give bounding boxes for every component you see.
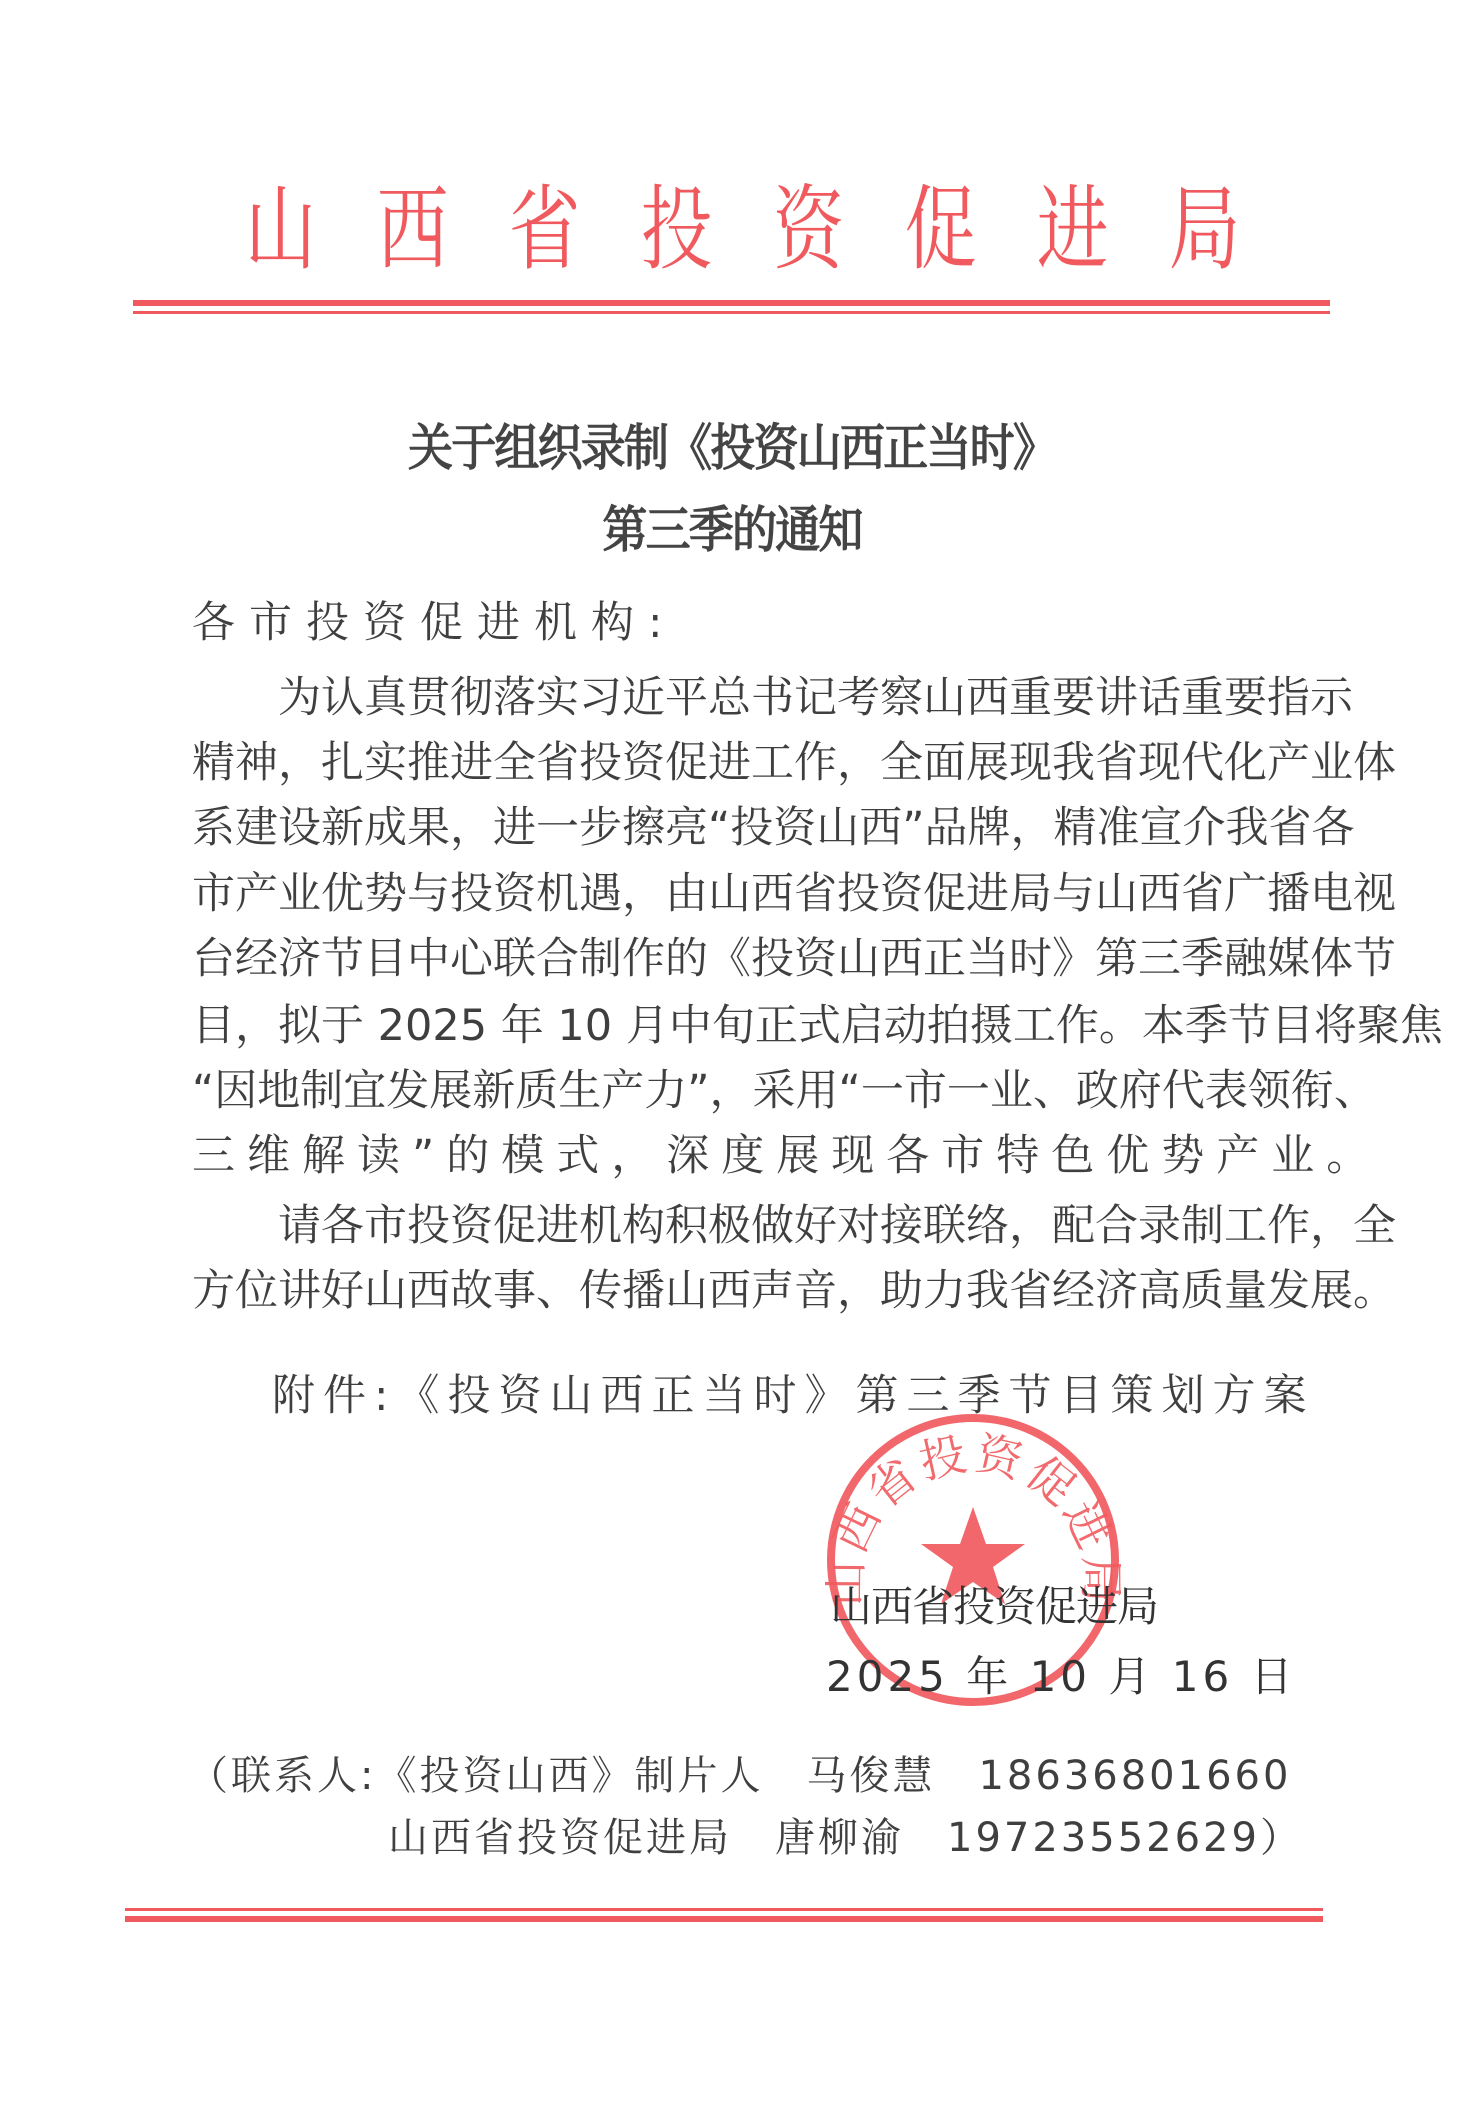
notice-title-line2: 第三季的通知: [0, 490, 1463, 562]
letterhead-char: 西: [377, 176, 439, 284]
notice-title-line1: 关于组织录制《投资山西正当时》: [0, 408, 1463, 480]
paragraph-line: 系建设新成果，进一步擦亮“投资山西”品牌，精准宣介我省各: [192, 798, 1298, 858]
contact-line-2: 山西省投资促进局 唐柳渝 19723552629）: [388, 1808, 1303, 1868]
letterhead-char: 进: [1037, 176, 1099, 284]
letterhead-rule-thick: [133, 300, 1330, 306]
salutation: 各市投资促进机构:: [192, 593, 677, 653]
paragraph-line: 方位讲好山西故事、传播山西声音，助力我省经济高质量发展。: [192, 1261, 1298, 1321]
footer-rule-thick: [125, 1916, 1323, 1922]
paragraph-line: 三维解读”的模式，深度展现各市特色优势产业。: [192, 1126, 1381, 1186]
letterhead-char: 省: [509, 176, 571, 284]
signature-date: 2025 年 10 月 16 日: [826, 1644, 1297, 1704]
letterhead-char: 资: [773, 176, 835, 284]
paragraph-line: 市产业优势与投资机遇，由山西省投资促进局与山西省广播电视: [192, 864, 1298, 924]
signature-org: 山西省投资促进局: [830, 1574, 1158, 1634]
paragraph-line: 精神，扎实推进全省投资促进工作，全面展现我省现代化产业体: [192, 733, 1298, 793]
letterhead-char: 局: [1169, 176, 1231, 284]
paragraph-line: 台经济节目中心联合制作的《投资山西正当时》第三季融媒体节: [192, 929, 1298, 989]
letterhead-char: 促: [905, 176, 967, 284]
paragraph-line: 目，拟于 2025 年 10 月中旬正式启动拍摄工作。本季节目将聚焦: [192, 996, 1298, 1056]
letterhead-rule-thin: [133, 311, 1330, 314]
contact-line-1: （联系人:《投资山西》制片人 马俊慧 18636801660: [188, 1746, 1291, 1806]
attachment-line: 附件:《投资山西正当时》第三季节目策划方案: [272, 1366, 1315, 1426]
footer-rule-thin: [125, 1908, 1323, 1911]
paragraph-line: “因地制宜发展新质生产力”，采用“一市一业、政府代表领衔、: [192, 1061, 1298, 1121]
paragraph-line: 请各市投资促进机构积极做好对接联络，配合录制工作，全: [278, 1196, 1298, 1256]
letterhead-char: 山: [245, 176, 307, 284]
paragraph-line: 为认真贯彻落实习近平总书记考察山西重要讲话重要指示: [278, 668, 1298, 728]
letterhead-char: 投: [641, 176, 703, 284]
